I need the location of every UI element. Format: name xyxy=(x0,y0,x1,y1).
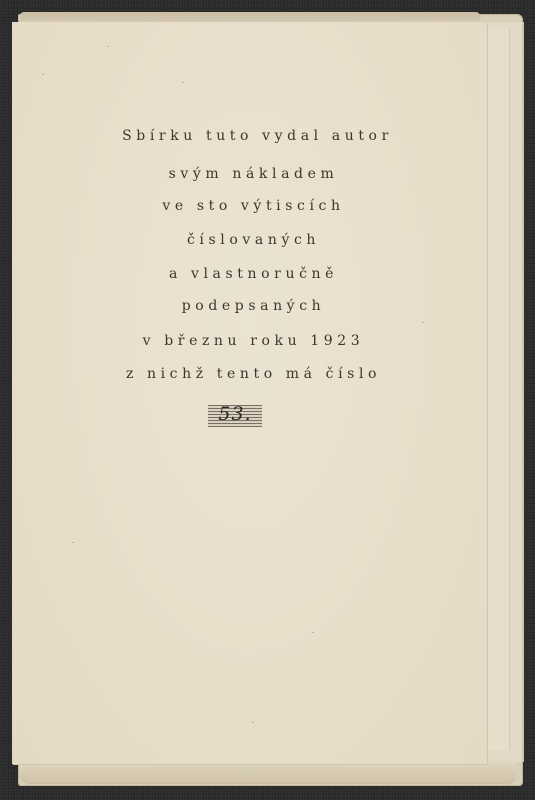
paper-speck xyxy=(107,46,109,47)
colophon-line-7: v březnu roku 1923 xyxy=(16,333,491,349)
paper-speck xyxy=(182,82,184,83)
colophon-line-3: ve sto výtiscích xyxy=(16,198,491,214)
document-page: Sbírku tuto vydal autor svým nákladem ve… xyxy=(12,22,487,764)
colophon-line-1: Sbírku tuto vydal autor xyxy=(20,128,495,144)
paper-speck xyxy=(42,74,44,75)
copy-number: 53. xyxy=(208,403,262,425)
colophon-line-4: číslovaných xyxy=(16,232,491,248)
paper-speck xyxy=(252,722,254,723)
colophon-line-2: svým nákladem xyxy=(16,166,491,182)
paper-speck xyxy=(72,542,74,543)
paper-speck xyxy=(422,322,424,323)
colophon-line-5: a vlastnoručně xyxy=(16,266,491,282)
paper-speck xyxy=(312,632,314,633)
colophon-line-6: podepsaných xyxy=(16,298,491,314)
colophon-line-8: z nichž tento má číslo xyxy=(16,366,491,382)
